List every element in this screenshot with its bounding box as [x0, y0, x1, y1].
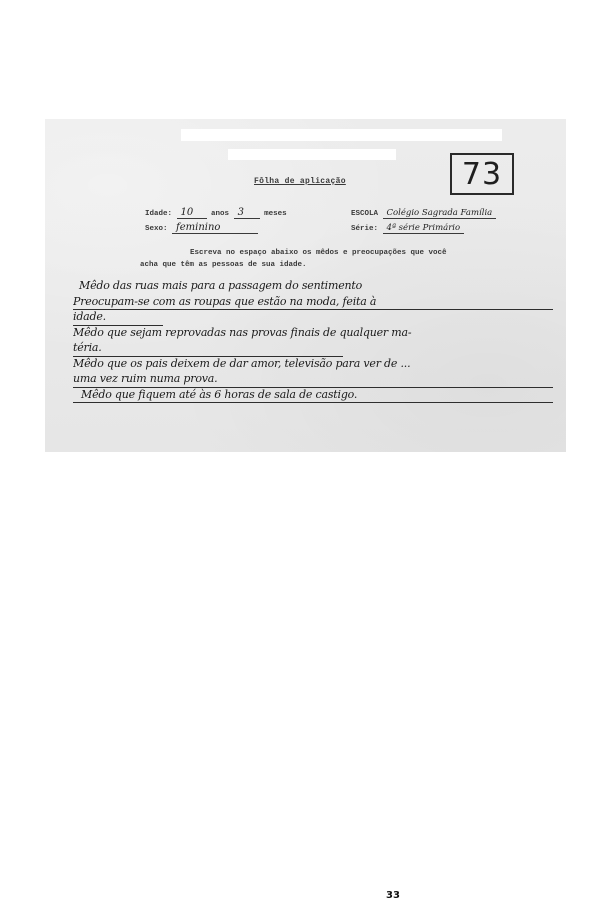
- scanned-form-image: 73 Fôlha de aplicação Idade: 10 anos 3 m…: [45, 119, 566, 452]
- idade-label: Idade:: [145, 210, 172, 218]
- school-row: ESCOLA Colégio Sagrada Família: [351, 208, 496, 219]
- answer-line: Preocupam-se com as roupas que estão na …: [73, 295, 553, 311]
- escola-value: Colégio Sagrada Família: [383, 208, 497, 219]
- instructions-line-2: acha que têm as pessoas de sua idade.: [140, 261, 307, 269]
- answer-line: Mêdo que fiquem até às 6 horas de sala d…: [73, 388, 553, 404]
- answer-line: Mêdo das ruas mais para a passagem do se…: [73, 279, 553, 295]
- form-title: Fôlha de aplicação: [254, 177, 346, 186]
- redaction-bar: [181, 129, 502, 141]
- redaction-bar: [228, 149, 396, 160]
- instructions: Escreva no espaço abaixo os mêdos e preo…: [140, 247, 520, 271]
- form-number-box: 73: [450, 153, 514, 195]
- sexo-label: Sexo:: [145, 225, 168, 233]
- escola-label: ESCOLA: [351, 210, 378, 218]
- anos-label: anos: [211, 210, 229, 218]
- form-number: 73: [462, 157, 502, 192]
- meses-value: 3: [234, 208, 260, 219]
- page-number: 33: [386, 890, 400, 901]
- answer-line: Mêdo que sejam reprovadas nas provas fin…: [73, 326, 553, 342]
- sexo-value: feminino: [172, 223, 258, 234]
- handwritten-answers: Mêdo das ruas mais para a passagem do se…: [73, 279, 553, 403]
- answer-line: uma vez ruim numa prova.: [73, 372, 553, 388]
- meses-label: meses: [264, 210, 287, 218]
- instructions-line-1: Escreva no espaço abaixo os mêdos e preo…: [190, 249, 447, 257]
- sex-row: Sexo: feminino: [145, 223, 258, 234]
- answer-line: Mêdo que os pais deixem de dar amor, tel…: [73, 357, 553, 373]
- idade-value: 10: [177, 208, 207, 219]
- serie-value: 4ª série Primário: [383, 223, 465, 234]
- answer-line: téria.: [73, 341, 343, 357]
- answer-line: idade.: [73, 310, 163, 326]
- age-row: Idade: 10 anos 3 meses: [145, 208, 287, 219]
- serie-label: Série:: [351, 225, 378, 233]
- series-row: Série: 4ª série Primário: [351, 223, 464, 234]
